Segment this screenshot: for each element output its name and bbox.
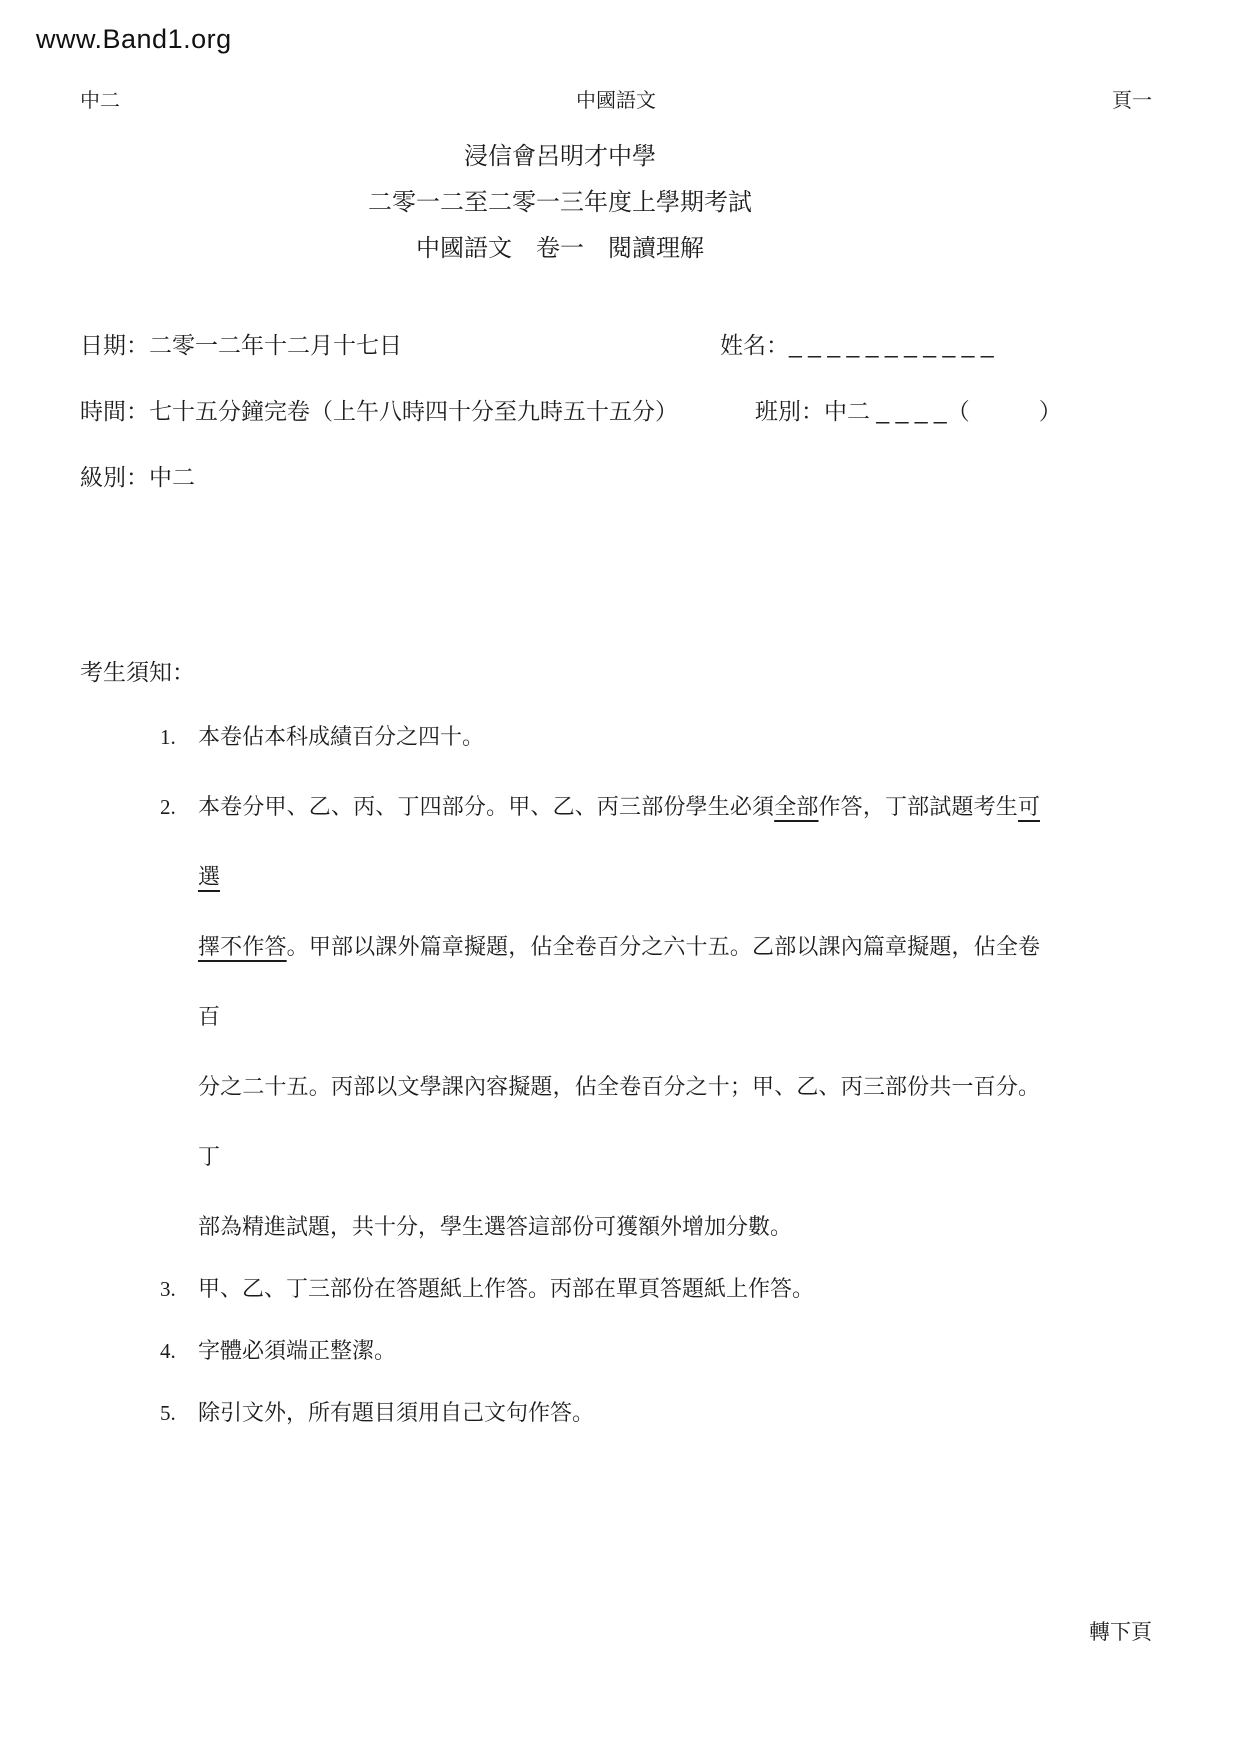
- grade-row: 級別：中二: [80, 462, 1160, 492]
- note-text-line: 本卷佔本科成績百分之四十。: [198, 702, 1040, 772]
- note-number: 2.: [160, 772, 198, 842]
- watermark-text: www.Band1.org: [36, 24, 232, 55]
- note-body: 本卷佔本科成績百分之四十。: [198, 702, 1040, 772]
- note-item: 2.本卷分甲、乙、丙、丁四部分。甲、乙、丙三部份學生必須全部作答，丁部試題考生可…: [160, 772, 1040, 1262]
- exam-cover-page: www.Band1.org 中二 中國語文 頁一 浸信會呂明才中學 二零一二至二…: [0, 0, 1240, 1754]
- plain-text: 本卷分甲、乙、丙、丁四部分。甲、乙、丙三部份學生必須: [198, 794, 774, 819]
- plain-text: 分之二十五。丙部以文學課內容擬題，佔全卷百分之十；甲、乙、丙三部份共一百分。丁: [198, 1074, 1040, 1169]
- note-item: 4.字體必須端正整潔。: [160, 1316, 1040, 1386]
- title-block: 浸信會呂明才中學 二零一二至二零一三年度上學期考試 中國語文 卷一 閱讀理解: [80, 134, 1040, 272]
- time-field: 時間：七十五分鐘完卷（上午八時四十分至九時五十五分）: [80, 398, 678, 424]
- note-item: 3.甲、乙、丁三部份在答題紙上作答。丙部在單頁答題紙上作答。: [160, 1254, 1040, 1324]
- plain-text: 除引文外，所有題目須用自己文句作答。: [198, 1400, 594, 1425]
- plain-text: 部為精進試題，共十分，學生選答這部份可獲額外增加分數。: [198, 1214, 792, 1239]
- underlined-text: 全部: [774, 794, 818, 819]
- note-body: 甲、乙、丁三部份在答題紙上作答。丙部在單頁答題紙上作答。: [198, 1254, 1040, 1324]
- date-field: 日期：二零一二年十二月十七日: [80, 332, 402, 358]
- time-class-row: 時間：七十五分鐘完卷（上午八時四十分至九時五十五分） 班別：中二 _ _ _ _…: [80, 396, 1160, 426]
- note-text-line: 甲、乙、丁三部份在答題紙上作答。丙部在單頁答題紙上作答。: [198, 1254, 1040, 1324]
- grade-field: 級別：中二: [80, 464, 195, 490]
- note-number: 3.: [160, 1254, 198, 1324]
- class-field: 班別：中二 _ _ _ _（ ）: [755, 396, 1062, 426]
- note-text-line: 擇不作答。甲部以課外篇章擬題，佔全卷百分之六十五。乙部以課內篇章擬題，佔全卷百: [198, 912, 1040, 1052]
- note-item: 5.除引文外，所有題目須用自己文句作答。: [160, 1378, 1040, 1448]
- note-text-line: 字體必須端正整潔。: [198, 1316, 1040, 1386]
- name-field: 姓名：_ _ _ _ _ _ _ _ _ _ _: [720, 330, 994, 360]
- underlined-text: 擇不作答: [198, 934, 287, 959]
- candidate-notes-list: 1.本卷佔本科成績百分之四十。2.本卷分甲、乙、丙、丁四部分。甲、乙、丙三部份學…: [160, 702, 1040, 1448]
- paper-title: 中國語文 卷一 閱讀理解: [80, 226, 1040, 272]
- note-text-line: 本卷分甲、乙、丙、丁四部分。甲、乙、丙三部份學生必須全部作答，丁部試題考生可選: [198, 772, 1040, 912]
- note-number: 4.: [160, 1316, 198, 1386]
- date-name-row: 日期：二零一二年十二月十七日 姓名：_ _ _ _ _ _ _ _ _ _ _: [80, 330, 1160, 360]
- next-page-footer: 轉下頁: [1089, 1616, 1152, 1646]
- plain-text: 本卷佔本科成績百分之四十。: [198, 724, 484, 749]
- plain-text: 字體必須端正整潔。: [198, 1338, 396, 1363]
- notice-heading: 考生須知：: [80, 654, 195, 687]
- note-number: 1.: [160, 702, 198, 772]
- exam-year-title: 二零一二至二零一三年度上學期考試: [80, 180, 1040, 226]
- plain-text: 。甲部以課外篇章擬題，佔全卷百分之六十五。乙部以課內篇章擬題，佔全卷百: [198, 934, 1040, 1029]
- plain-text: 作答，丁部試題考生: [819, 794, 1018, 819]
- note-number: 5.: [160, 1378, 198, 1448]
- note-body: 本卷分甲、乙、丙、丁四部分。甲、乙、丙三部份學生必須全部作答，丁部試題考生可選擇…: [198, 772, 1040, 1262]
- note-body: 除引文外，所有題目須用自己文句作答。: [198, 1378, 1040, 1448]
- header-subject-label: 中國語文: [576, 84, 656, 113]
- page-header: 中二 中國語文 頁一: [80, 84, 1152, 113]
- note-body: 字體必須端正整潔。: [198, 1316, 1040, 1386]
- school-name-title: 浸信會呂明才中學: [80, 134, 1040, 180]
- header-page-number: 頁一: [1112, 84, 1152, 113]
- note-text-line: 部為精進試題，共十分，學生選答這部份可獲額外增加分數。: [198, 1192, 1040, 1262]
- header-grade-label: 中二: [80, 84, 120, 113]
- plain-text: 甲、乙、丁三部份在答題紙上作答。丙部在單頁答題紙上作答。: [198, 1276, 814, 1301]
- note-text-line: 分之二十五。丙部以文學課內容擬題，佔全卷百分之十；甲、乙、丙三部份共一百分。丁: [198, 1052, 1040, 1192]
- note-text-line: 除引文外，所有題目須用自己文句作答。: [198, 1378, 1040, 1448]
- note-item: 1.本卷佔本科成績百分之四十。: [160, 702, 1040, 772]
